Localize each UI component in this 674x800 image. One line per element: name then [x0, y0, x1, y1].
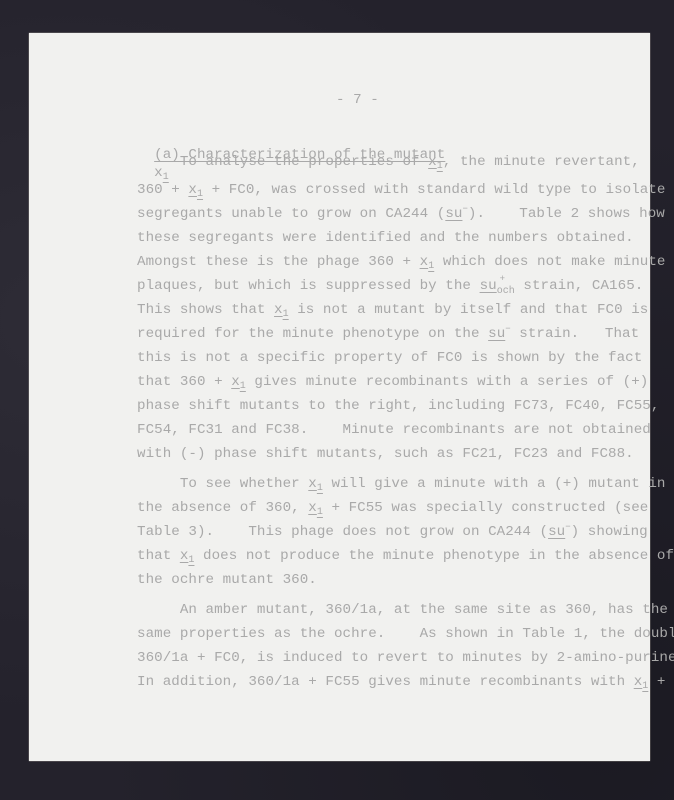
- text-line: same properties as the ochre. As shown i…: [137, 625, 674, 643]
- genetic-symbol: su−: [488, 326, 511, 342]
- genetic-symbol: x1: [634, 674, 649, 690]
- text-line: In addition, 360/1a + FC55 gives minute …: [137, 673, 674, 691]
- genetic-symbol: x1: [308, 476, 323, 492]
- page-number: - 7 -: [336, 91, 379, 109]
- text-line: An amber mutant, 360/1a, at the same sit…: [137, 601, 668, 619]
- text-line: that x1 does not produce the minute phen…: [137, 547, 674, 565]
- genetic-symbol: x1: [274, 302, 289, 318]
- text-line: FC54, FC31 and FC38. Minute recombinants…: [137, 421, 651, 439]
- text-line: that 360 + x1 gives minute recombinants …: [137, 373, 648, 391]
- genetic-symbol: su−: [445, 206, 468, 222]
- text-line: 360/1a + FC0, is induced to revert to mi…: [137, 649, 674, 667]
- text-line: phase shift mutants to the right, includ…: [137, 397, 659, 415]
- text-line: Amongst these is the phage 360 + x1 whic…: [137, 253, 665, 271]
- text-line: This shows that x1 is not a mutant by it…: [137, 301, 648, 319]
- text-line: this is not a specific property of FC0 i…: [137, 349, 642, 367]
- text-line: segregants unable to grow on CA244 (su−)…: [137, 205, 665, 223]
- genetic-symbol: x1: [180, 548, 195, 564]
- text-line: required for the minute phenotype on the…: [137, 325, 639, 343]
- text-line: Table 3). This phage does not grow on CA…: [137, 523, 648, 541]
- genetic-symbol: x1: [420, 254, 435, 270]
- genetic-symbol: x1: [231, 374, 246, 390]
- genetic-symbol: x1: [428, 154, 443, 170]
- text-line: plaques, but which is suppressed by the …: [137, 277, 643, 301]
- text-line: the absence of 360, x1 + FC55 was specia…: [137, 499, 648, 517]
- text-line: the ochre mutant 360.: [137, 571, 317, 589]
- genetic-symbol: x1: [308, 500, 323, 516]
- text-line: To analyse the properties of x1, the min…: [137, 153, 640, 171]
- genetic-symbol: su−: [548, 524, 571, 540]
- text-line: 360 + x1 + FC0, was crossed with standar…: [137, 181, 665, 199]
- text-line: To see whether x1 will give a minute wit…: [137, 475, 665, 493]
- text-line: with (-) phase shift mutants, such as FC…: [137, 445, 634, 463]
- genetic-symbol: x1: [188, 182, 203, 198]
- text-line: these segregants were identified and the…: [137, 229, 634, 247]
- genetic-symbol: su+och: [480, 277, 515, 301]
